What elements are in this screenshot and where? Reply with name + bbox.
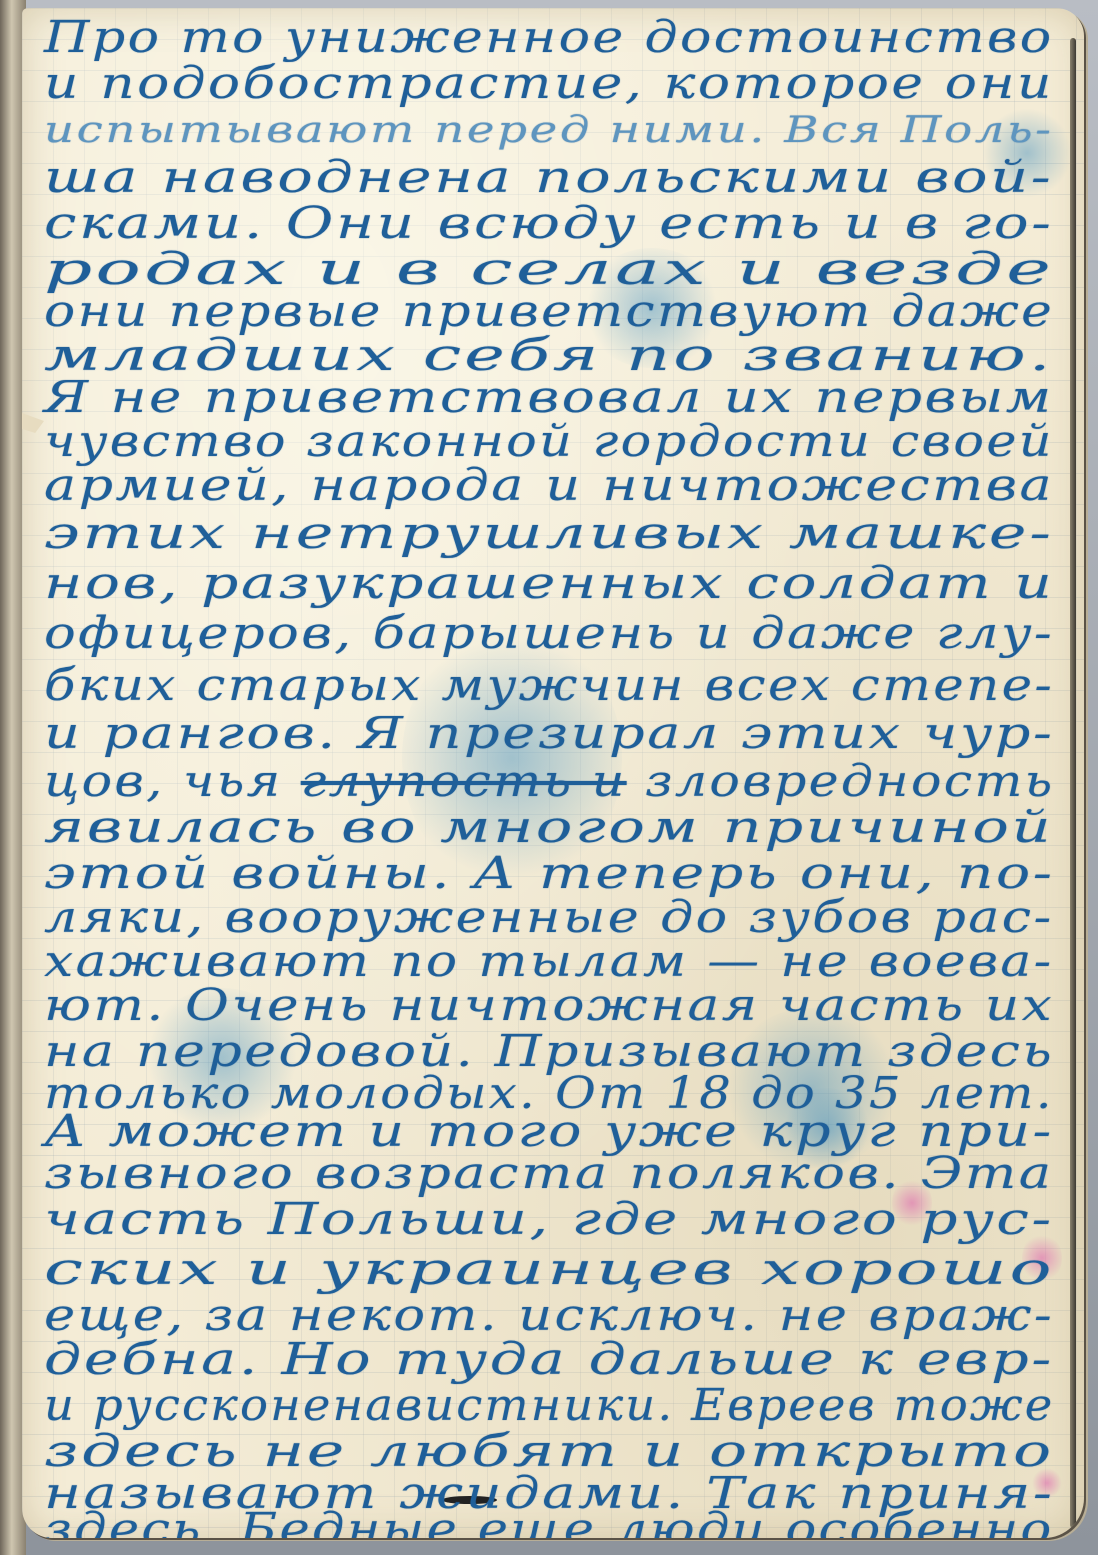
text-line: и руссконенавистники. Евреев тоже bbox=[44, 1380, 1054, 1431]
text-line: офицеров, барышень и даже глу- bbox=[44, 608, 1054, 659]
text-line: ских и украинцев хорошо bbox=[44, 1244, 1055, 1295]
text-line: часть Польши, где много рус- bbox=[44, 1194, 1054, 1245]
text-line: Про то униженное достоинство bbox=[44, 12, 1054, 63]
text-line: нов, разукрашенных солдат и bbox=[44, 558, 1054, 609]
text-line: явилась во многом причиной bbox=[44, 802, 1053, 853]
text-line: армией, народа и ничтожества bbox=[44, 460, 1054, 511]
text-line: дебна. Но туда дальше к евр- bbox=[44, 1334, 1054, 1385]
text-line: ют. Очень ничтожная часть их bbox=[44, 980, 1054, 1031]
text-line: этих нетрушливых машке- bbox=[44, 508, 1054, 559]
text-line: здесь. Бедные еще люди особенно bbox=[44, 1504, 1054, 1538]
text-line: сками. Они всюду есть и в го- bbox=[44, 198, 1053, 249]
scanned-notebook-page: Про то униженное достоинство и подобостр… bbox=[0, 0, 1098, 1555]
text-line: и подобострастие, которое они bbox=[44, 58, 1054, 109]
text-line: и рангов. Я презирал этих чур- bbox=[44, 708, 1054, 759]
diary-page: Про то униженное достоинство и подобостр… bbox=[22, 8, 1084, 1538]
torn-corner bbox=[22, 413, 44, 433]
text-line: зывного возраста поляков. Эта bbox=[44, 1148, 1054, 1199]
text-line: испытывают перед ними. Вся Поль- bbox=[44, 110, 1053, 151]
text-line: ша наводнена польскими вой- bbox=[44, 152, 1053, 203]
struck-text: глупость и bbox=[301, 756, 627, 807]
text-line: бких старых мужчин всех степе- bbox=[44, 660, 1054, 711]
text-line: цов, чья глупость и зловредность bbox=[44, 756, 1055, 807]
page-edge bbox=[1070, 38, 1076, 1528]
